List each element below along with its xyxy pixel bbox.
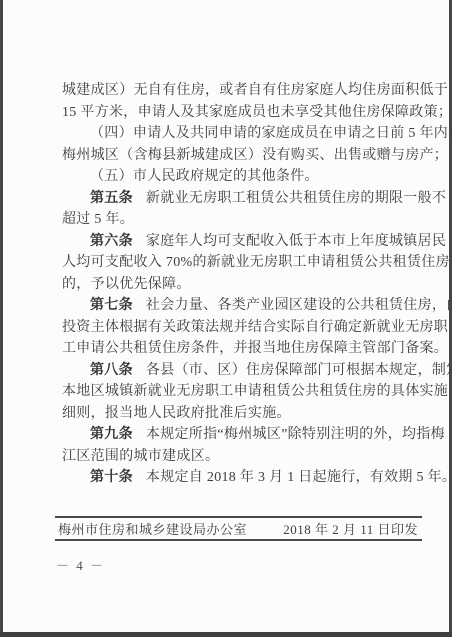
scan-edge-left	[0, 0, 3, 637]
body-line-text: 本规定自 2018 年 3 月 1 日起施行，有效期 5 年。	[146, 470, 452, 485]
article-number: 第七条	[90, 298, 133, 313]
body-line: 城建成区）无自有住房，或者自有住房家庭人均住房面积低于	[62, 80, 424, 102]
body-line: （五）市人民政府规定的其他条件。	[62, 166, 424, 188]
page-number: － 4 －	[56, 555, 105, 574]
body-line-text: 的，予以优先保障。	[62, 277, 191, 292]
body-line-text: 江区范围的城市建成区。	[62, 449, 219, 464]
body-line: 梅州城区（含梅县新城建成区）没有购买、出售或赠与房产；	[62, 145, 424, 167]
document-page: 城建成区）无自有住房，或者自有住房家庭人均住房面积低于15 平方米，申请人及其家…	[0, 0, 452, 637]
article-number: 第十条	[90, 470, 133, 485]
body-line-text: 城建成区）无自有住房，或者自有住房家庭人均住房面积低于	[62, 83, 448, 98]
footer-rule-bottom	[55, 539, 422, 541]
scan-edge-bottom	[0, 632, 452, 637]
article-number: 第九条	[90, 427, 133, 442]
body-line: 本地区城镇新就业无房职工申请租赁公共租赁住房的具体实施	[62, 381, 424, 403]
body-line-text: 细则，报当地人民政府批准后实施。	[62, 406, 291, 421]
body-line: 超过 5 年。	[62, 209, 424, 231]
body-line-text: 新就业无房职工租赁公共租赁住房的期限一般不	[146, 191, 446, 206]
body-line: 的，予以优先保障。	[62, 274, 424, 296]
body-line-text: 工申请公共租赁住房条件，并报当地住房保障主管部门备案。	[62, 341, 448, 356]
body-line-text: 家庭年人均可支配收入低于本市上年度城镇居民	[146, 234, 446, 249]
article-number: 第八条	[90, 363, 133, 378]
footer-issuer: 梅州市住房和城乡建设局办公室	[58, 519, 247, 538]
body-line-text: 本规定所指“梅州城区”除特别注明的外，均指梅	[146, 427, 445, 442]
body-line: 第六条家庭年人均可支配收入低于本市上年度城镇居民	[62, 231, 424, 253]
body-line: 第七条社会力量、各类产业园区建设的公共租赁住房，由	[62, 295, 424, 317]
footer-colophon: 梅州市住房和城乡建设局办公室 2018 年 2 月 11 日印发	[55, 518, 422, 539]
article-number: 第六条	[90, 234, 133, 249]
article-number: 第五条	[90, 191, 133, 206]
body-line: 人均可支配收入 70%的新就业无房职工申请租赁公共租赁住房	[62, 252, 424, 274]
body-line-text: 人均可支配收入 70%的新就业无房职工申请租赁公共租赁住房	[62, 255, 450, 270]
document-body: 城建成区）无自有住房，或者自有住房家庭人均住房面积低于15 平方米，申请人及其家…	[62, 80, 424, 489]
body-line-text: 15 平方米，申请人及其家庭成员也未享受其他住房保障政策；	[62, 105, 452, 120]
footer-print-date: 2018 年 2 月 11 日印发	[283, 519, 418, 538]
body-line: 第十条本规定自 2018 年 3 月 1 日起施行，有效期 5 年。	[62, 467, 424, 489]
body-line: 第八条各县（市、区）住房保障部门可根据本规定，制定	[62, 360, 424, 382]
body-line-text: 超过 5 年。	[62, 212, 134, 227]
body-line: 江区范围的城市建成区。	[62, 446, 424, 468]
body-line-text: 各县（市、区）住房保障部门可根据本规定，制定	[146, 363, 452, 378]
body-line: （四）申请人及共同申请的家庭成员在申请之日前 5 年内在	[62, 123, 424, 145]
body-line: 第九条本规定所指“梅州城区”除特别注明的外，均指梅	[62, 424, 424, 446]
body-line-text: 社会力量、各类产业园区建设的公共租赁住房，由	[146, 298, 452, 313]
body-line: 第五条新就业无房职工租赁公共租赁住房的期限一般不	[62, 188, 424, 210]
body-line: 细则，报当地人民政府批准后实施。	[62, 403, 424, 425]
body-line-text: （四）申请人及共同申请的家庭成员在申请之日前 5 年内在	[90, 126, 452, 141]
body-line-text: 本地区城镇新就业无房职工申请租赁公共租赁住房的具体实施	[62, 384, 448, 399]
body-line: 投资主体根据有关政策法规并结合实际自行确定新就业无房职	[62, 317, 424, 339]
body-line-text: （五）市人民政府规定的其他条件。	[90, 169, 319, 184]
body-line-text: 投资主体根据有关政策法规并结合实际自行确定新就业无房职	[62, 320, 448, 335]
body-line: 工申请公共租赁住房条件，并报当地住房保障主管部门备案。	[62, 338, 424, 360]
body-line: 15 平方米，申请人及其家庭成员也未享受其他住房保障政策；	[62, 102, 424, 124]
body-line-text: 梅州城区（含梅县新城建成区）没有购买、出售或赠与房产；	[62, 148, 448, 163]
